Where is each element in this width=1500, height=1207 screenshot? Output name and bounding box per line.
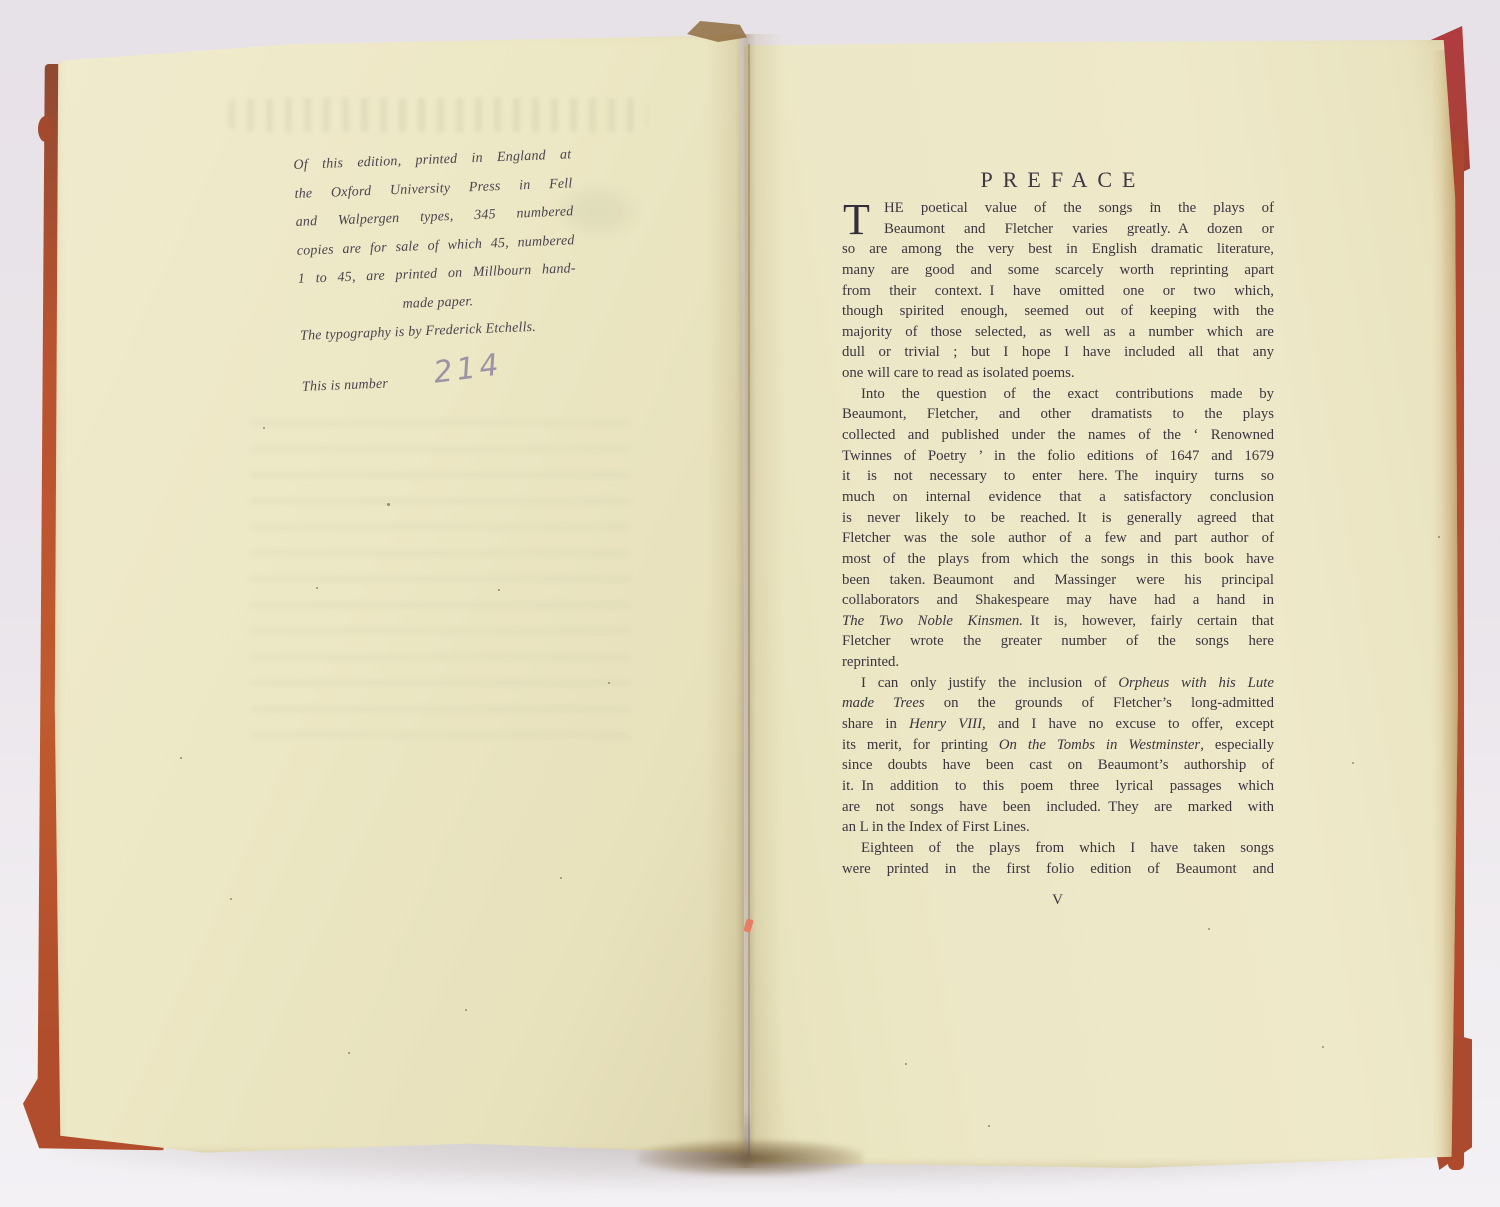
preface-line: Beaumont, Fletcher, and other dramatists… [842, 404, 1274, 425]
text-run: since doubts have been cast on Beaumont’… [842, 757, 1274, 773]
paper-speck [1322, 1046, 1324, 1048]
text-run: reprinted. [842, 654, 899, 670]
gutter-wear-bottom [638, 1140, 863, 1176]
paper-speck [1352, 762, 1354, 764]
text-run: Beaumont, Fletcher, and other dramatists… [842, 406, 1274, 422]
text-run: it. In addition to this poem three lyric… [842, 778, 1274, 794]
text-run: most of the plays from which the songs i… [842, 551, 1274, 567]
paper-speck [905, 1063, 907, 1065]
preface-line: an L in the Index of First Lines. [842, 817, 1274, 838]
preface-line: The Two Noble Kinsmen. It is, however, f… [842, 611, 1274, 632]
preface-line: Fletcher was the sole author of a few an… [842, 528, 1274, 549]
colophon-number-block: This is number 214 [293, 141, 580, 401]
italic-text-run: Henry VIII [909, 716, 982, 732]
text-run: collaborators and Shakespeare may have h… [842, 592, 1274, 608]
preface-line: one will care to read as isolated poems. [842, 363, 1274, 384]
text-run: though spirited enough, seemed out of ke… [842, 303, 1274, 319]
text-run: Twinnes of Poetry ’ in the folio edition… [842, 448, 1274, 464]
preface-line: collaborators and Shakespeare may have h… [842, 590, 1274, 611]
italic-text-run: On the Tombs in Westminster [999, 737, 1200, 753]
text-run: dull or trivial ; but I hope I have incl… [842, 344, 1274, 360]
text-run: I can only justify the inclusion of [861, 675, 1118, 691]
preface-body: HE poetical value of the songs in the pl… [842, 198, 1274, 879]
text-run: so are among the very best in English dr… [842, 241, 1274, 257]
handwritten-copy-number: 214 [432, 351, 504, 388]
italic-text-run: The Two Noble Kinsmen. [842, 613, 1023, 629]
paper-speck [230, 898, 232, 900]
text-run: are not songs have been included. They a… [842, 799, 1274, 815]
text-run: Eighteen of the plays from which I have … [861, 840, 1274, 856]
preface-line: is never likely to be reached. It is gen… [842, 508, 1274, 529]
preface-line: so are among the very best in English dr… [842, 239, 1274, 260]
preface-line: were printed in the first folio edition … [842, 859, 1274, 880]
text-run: on the grounds of Fletcher’s long-admitt… [925, 695, 1274, 711]
paper-speck [498, 589, 500, 591]
preface-line: share in Henry VIII, and I have no excus… [842, 714, 1274, 735]
limitation-number-label: This is number [302, 370, 389, 402]
preface-line: Into the question of the exact contribut… [842, 384, 1274, 405]
preface-line: much on internal evidence that a satisfa… [842, 487, 1274, 508]
paper-speck [180, 757, 182, 759]
gutter-shadow [706, 34, 784, 1168]
preface-line: made Trees on the grounds of Fletcher’s … [842, 693, 1274, 714]
preface-line: Fletcher wrote the greater number of the… [842, 631, 1274, 652]
text-run: collected and published under the names … [842, 427, 1274, 443]
text-run: were printed in the first folio edition … [842, 861, 1274, 877]
text-run: Fletcher wrote the greater number of the… [842, 633, 1274, 649]
text-run: Into the question of the exact contribut… [861, 386, 1274, 402]
preface-line: Eighteen of the plays from which I have … [842, 838, 1274, 859]
paper-speck [988, 1125, 990, 1127]
paper-speck [348, 1052, 350, 1054]
text-run: It is, however, fairly certain that [1023, 613, 1274, 629]
italic-text-run: made Trees [842, 695, 925, 711]
preface-line: from their context. I have omitted one o… [842, 281, 1274, 302]
preface-line: reprinted. [842, 652, 1274, 673]
paper-speck [1438, 536, 1440, 538]
text-run: it is not necessary to enter here. The i… [842, 468, 1274, 484]
italic-text-run: Orpheus with his Lute [1118, 675, 1274, 691]
text-run: , and I have no excuse to offer, except [982, 716, 1274, 732]
preface-line: dull or trivial ; but I hope I have incl… [842, 342, 1274, 363]
cover-left-edge-bump [38, 116, 53, 142]
preface-line: Twinnes of Poetry ’ in the folio edition… [842, 446, 1274, 467]
preface-line: it. In addition to this poem three lyric… [842, 776, 1274, 797]
paper-speck [560, 877, 562, 879]
preface-line: HE poetical value of the songs in the pl… [842, 198, 1274, 219]
text-run: Beaumont and Fletcher varies greatly. A … [884, 221, 1274, 237]
text-run: , especially [1200, 737, 1274, 753]
preface-line: Beaumont and Fletcher varies greatly. A … [842, 219, 1274, 240]
preface-line: collected and published under the names … [842, 425, 1274, 446]
text-run: HE poetical value of the songs in the pl… [884, 200, 1274, 216]
text-run: its merit, for printing [842, 737, 999, 753]
preface-line: it is not necessary to enter here. The i… [842, 466, 1274, 487]
paper-speck [387, 503, 390, 506]
paper-speck [1208, 928, 1210, 930]
preface-line: been taken. Beaumont and Massinger were … [842, 570, 1274, 591]
preface-line: since doubts have been cast on Beaumont’… [842, 755, 1274, 776]
preface-line: though spirited enough, seemed out of ke… [842, 301, 1274, 322]
text-run: an L in the Index of First Lines. [842, 819, 1030, 835]
page-number: V [842, 892, 1274, 909]
text-run: from their context. I have omitted one o… [842, 283, 1274, 299]
text-run: share in [842, 716, 909, 732]
book-photo: Of this edition, printed in England atth… [0, 0, 1500, 1207]
paper-speck [316, 587, 318, 589]
text-run: majority of those selected, as well as a… [842, 324, 1274, 340]
preface-title: PREFACE [842, 167, 1274, 193]
preface-line: I can only justify the inclusion of Orph… [842, 673, 1274, 694]
text-run: is never likely to be reached. It is gen… [842, 510, 1274, 526]
paper-speck [608, 682, 610, 684]
text-run: one will care to read as isolated poems. [842, 365, 1075, 381]
text-run: many are good and some scarcely worth re… [842, 262, 1274, 278]
preface-line: majority of those selected, as well as a… [842, 322, 1274, 343]
text-run: been taken. Beaumont and Massinger were … [842, 572, 1274, 588]
preface-line: its merit, for printing On the Tombs in … [842, 735, 1274, 756]
gutter-crease [748, 44, 750, 1156]
text-run: Fletcher was the sole author of a few an… [842, 530, 1274, 546]
paper-speck [465, 1009, 467, 1011]
preface-line: most of the plays from which the songs i… [842, 549, 1274, 570]
preface-line: many are good and some scarcely worth re… [842, 260, 1274, 281]
text-run: much on internal evidence that a satisfa… [842, 489, 1274, 505]
preface-line: are not songs have been included. They a… [842, 797, 1274, 818]
paper-speck [263, 427, 265, 429]
